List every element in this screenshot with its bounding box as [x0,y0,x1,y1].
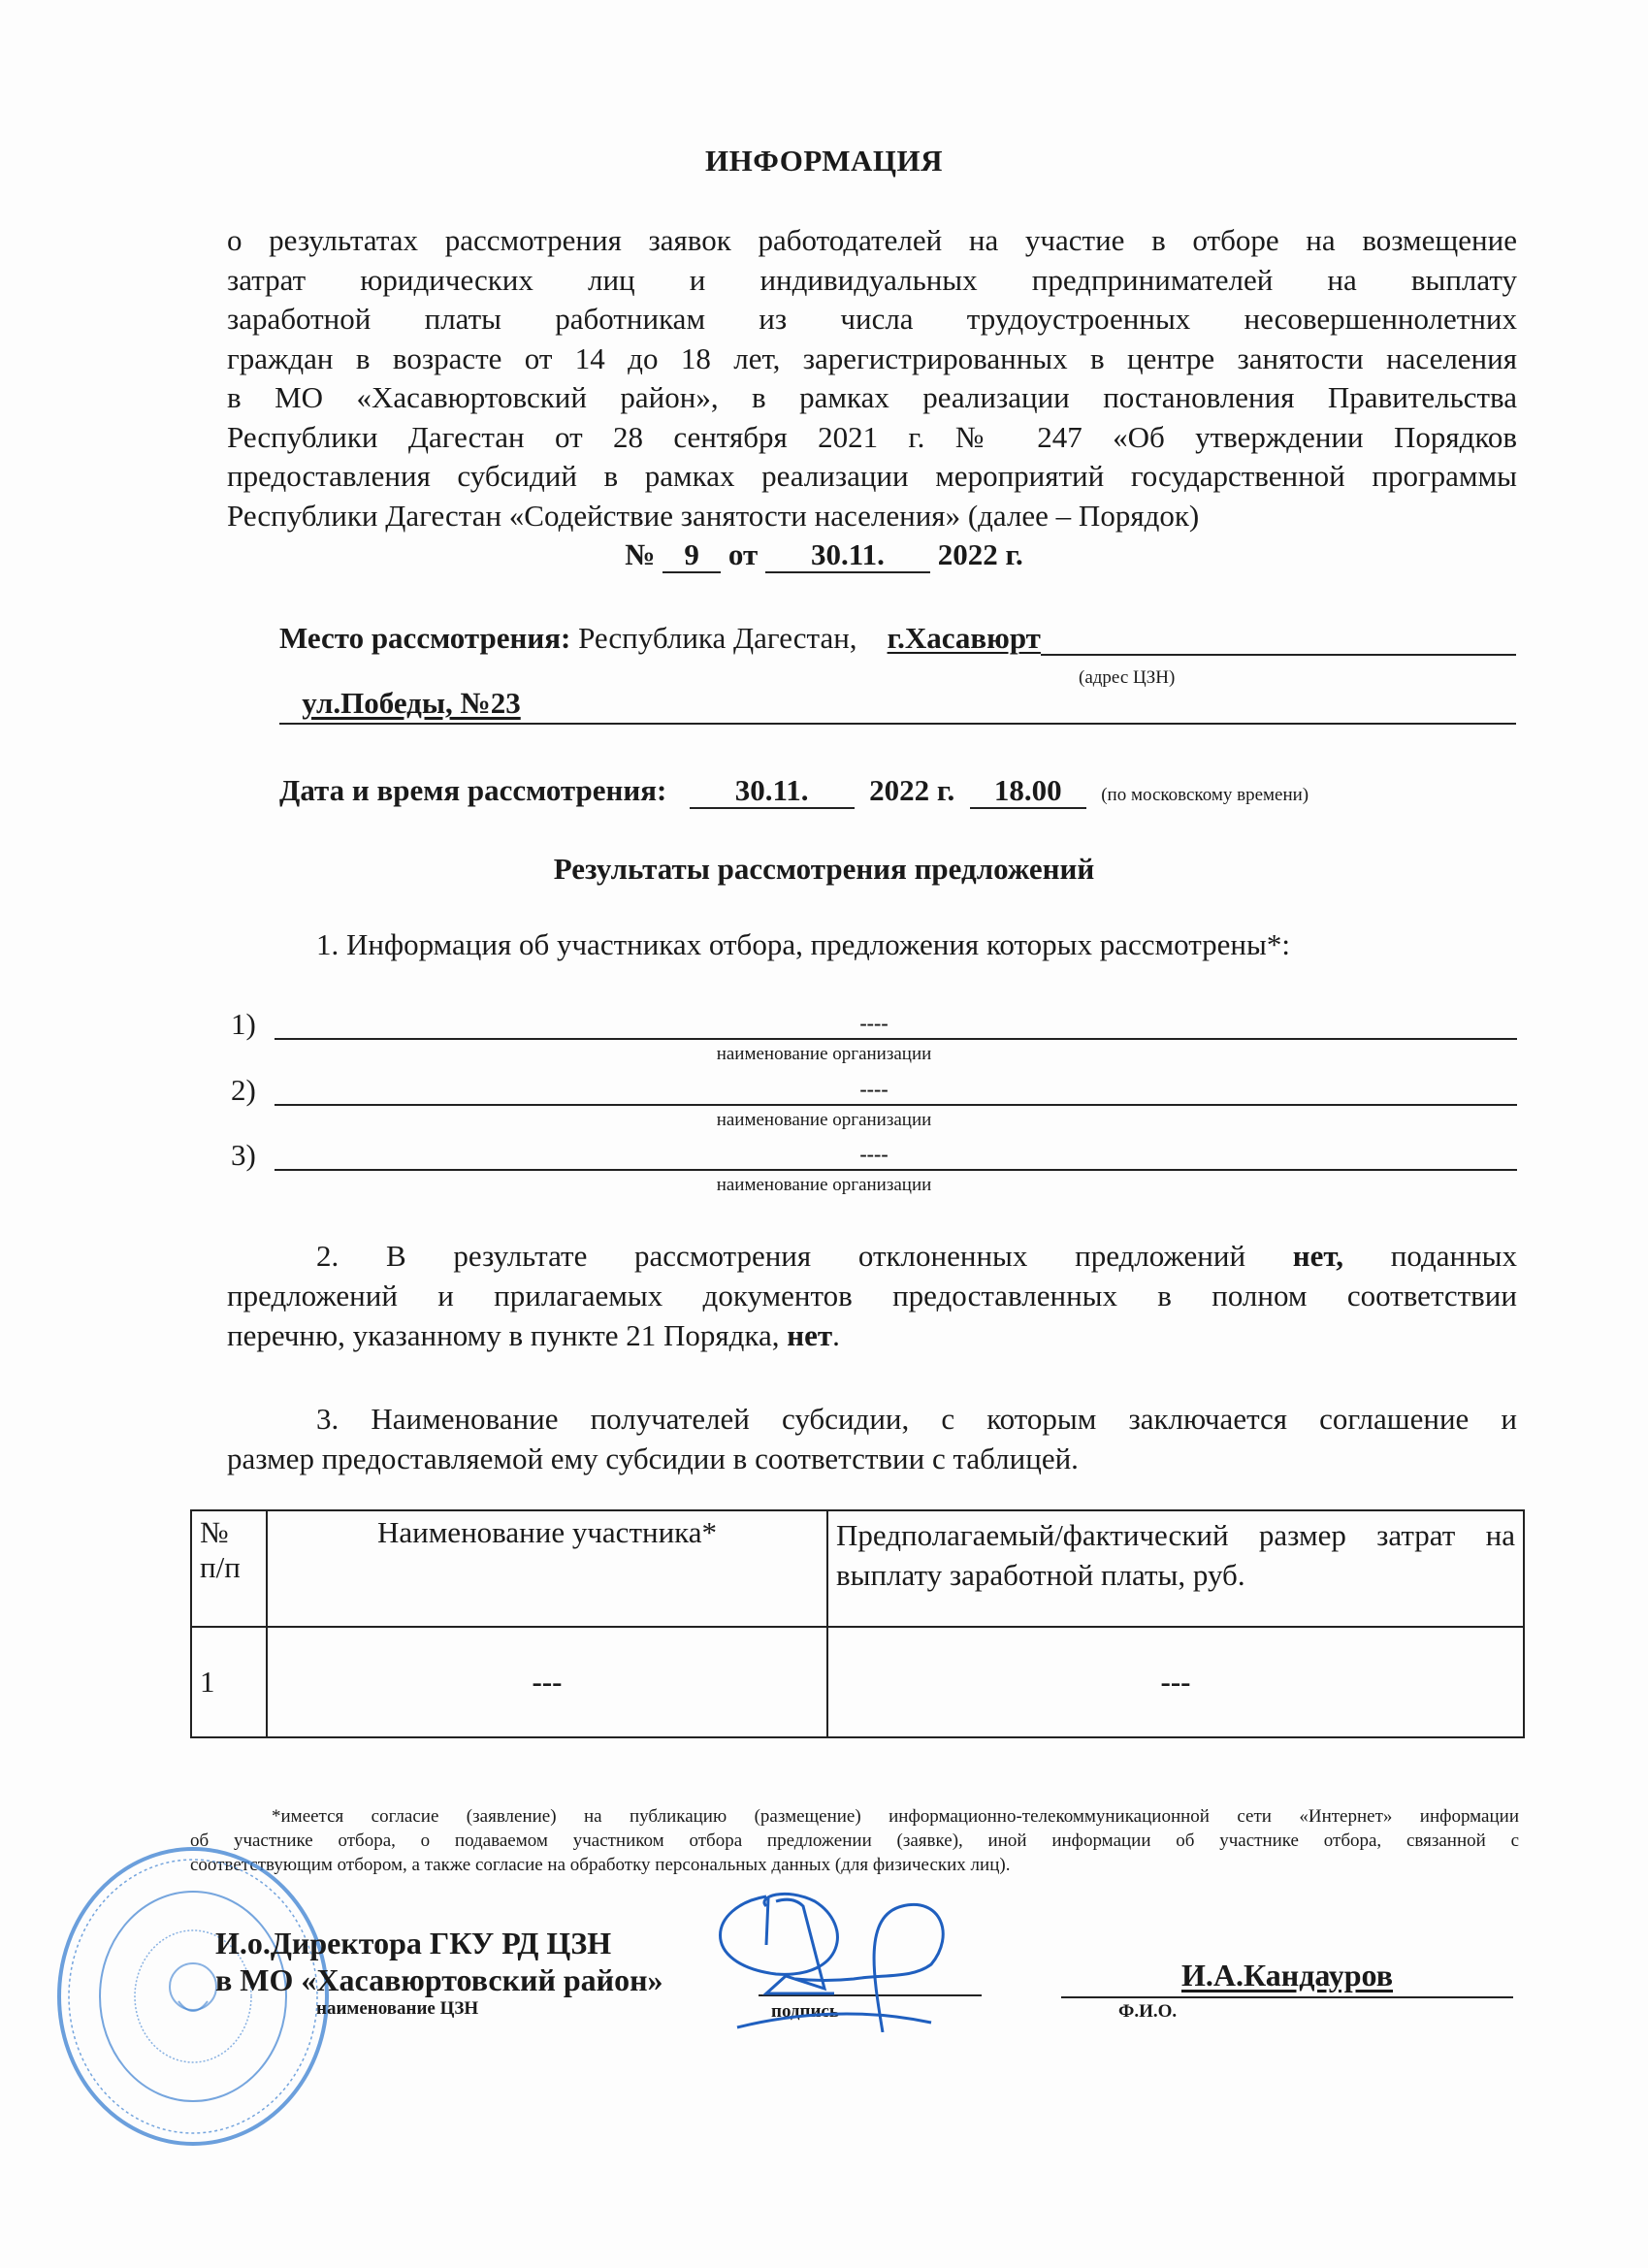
intro-line: о результатах рассмотрения заявок работо… [227,221,1517,261]
signatory-position: И.о.Директора ГКУ РД ЦЗН в МО «Хасавюрто… [215,1925,663,1998]
results-heading: Результаты рассмотрения предложений [0,852,1648,887]
org-row: 1) ---- [231,1007,1517,1042]
document-number-line: № 9 от 30.11. 2022 г. [0,537,1648,573]
header-participant: Наименование участника* [267,1510,827,1627]
text: перечню, указанному в пункте 21 Порядка, [227,1318,787,1352]
org-row: 3) ---- [231,1138,1517,1173]
recipients-table: № п/п Наименование участника* Предполага… [190,1509,1525,1738]
review-time: 18.00 [970,775,1086,809]
org-fill-line [275,1104,1517,1106]
place-fill-line [1041,625,1516,656]
document-year: 2022 г. [938,537,1023,571]
emphasis-no: нет [787,1318,832,1352]
name-caption: Ф.И.О. [1118,2001,1177,2023]
name-value: И.А.Кандауров [1181,1958,1393,1993]
footnote-line: об участнике отбора, о подаваемом участн… [190,1829,1519,1853]
place-label: Место рассмотрения: [279,621,570,656]
section2-line: 2. В результате рассмотрения отклоненных… [227,1236,1517,1276]
intro-line: в МО «Хасавюртовский район», в рамках ре… [227,378,1517,418]
intro-line: заработной платы работникам из числа тру… [227,300,1517,340]
section3-line: размер предоставляемой ему субсидии в со… [227,1439,1517,1478]
org-fill-line [275,1038,1517,1040]
intro-line: Республики Дагестан «Содействие занятост… [227,497,1517,536]
table-header-row: № п/п Наименование участника* Предполага… [191,1510,1524,1627]
org-caption: наименование организации [0,1110,1648,1131]
footnote-line: соответствующим отбором, а также согласи… [190,1853,1519,1877]
section2-paragraph: 2. В результате рассмотрения отклоненных… [227,1236,1517,1355]
intro-line: Республики Дагестан от 28 сентября 2021 … [227,418,1517,458]
number-label: № [625,537,655,571]
section3-paragraph: 3. Наименование получателей субсидии, с … [227,1399,1517,1478]
document-date: 30.11. [765,539,930,573]
section2-line: предложений и прилагаемых документов пре… [227,1276,1517,1315]
position-caption: наименование ЦЗН [316,1998,478,2020]
cell-amount: --- [827,1627,1524,1737]
section3-line: 3. Наименование получателей субсидии, с … [227,1399,1517,1439]
org-value: ---- [231,1077,1517,1102]
handwritten-signature-icon [708,1887,999,2032]
org-value: ---- [231,1011,1517,1036]
table-row: 1 --- --- [191,1627,1524,1737]
org-fill-line [275,1169,1517,1171]
section2-line: перечню, указанному в пункте 21 Порядка,… [227,1315,1517,1355]
position-line: в МО «Хасавюртовский район» [215,1961,663,1998]
timezone-note: (по московскому времени) [1101,785,1309,805]
section1-text: 1. Информация об участниках отбора, пред… [316,927,1290,962]
cell-participant: --- [267,1627,827,1737]
emphasis-no: нет, [1293,1239,1343,1273]
org-caption: наименование организации [0,1175,1648,1196]
street-value: ул.Победы, №23 [302,686,520,720]
footnote-line: *имеется согласие (заявление) на публика… [190,1804,1519,1829]
signatory-name: И.А.Кандауров [1061,1958,1513,1998]
review-date: 30.11. [690,775,855,809]
intro-line: граждан в возрасте от 14 до 18 лет, заре… [227,340,1517,379]
review-place: Место рассмотрения: Республика Дагестан,… [279,621,1516,656]
position-line: И.о.Директора ГКУ РД ЦЗН [215,1925,663,1961]
intro-line: затрат юридических лиц и индивидуальных … [227,261,1517,301]
review-year: 2022 г. [869,773,954,807]
org-caption: наименование организации [0,1044,1648,1065]
place-region: Республика Дагестан, [578,621,857,656]
document-title: ИНФОРМАЦИЯ [0,144,1648,178]
intro-paragraph: о результатах рассмотрения заявок работо… [227,221,1517,535]
cell-number: 1 [191,1627,267,1737]
intro-line: предоставления субсидий в рамках реализа… [227,457,1517,497]
document-number: 9 [662,539,721,573]
text: 2. В результате рассмотрения отклоненных… [316,1239,1293,1273]
org-row: 2) ---- [231,1073,1517,1108]
footnote: *имеется согласие (заявление) на публика… [190,1804,1519,1877]
from-label: от [728,537,758,571]
text: . [832,1318,840,1352]
org-value: ---- [231,1142,1517,1167]
text: поданных [1343,1239,1517,1273]
place-street: ул.Победы, №23 [279,686,1516,725]
header-amount: Предполагаемый/фактический размер затрат… [827,1510,1524,1627]
datetime-label: Дата и время рассмотрения: [279,773,666,807]
place-city: г.Хасавюрт [888,621,1041,656]
header-number: № п/п [191,1510,267,1627]
review-datetime: Дата и время рассмотрения: 30.11. 2022 г… [279,773,1309,809]
